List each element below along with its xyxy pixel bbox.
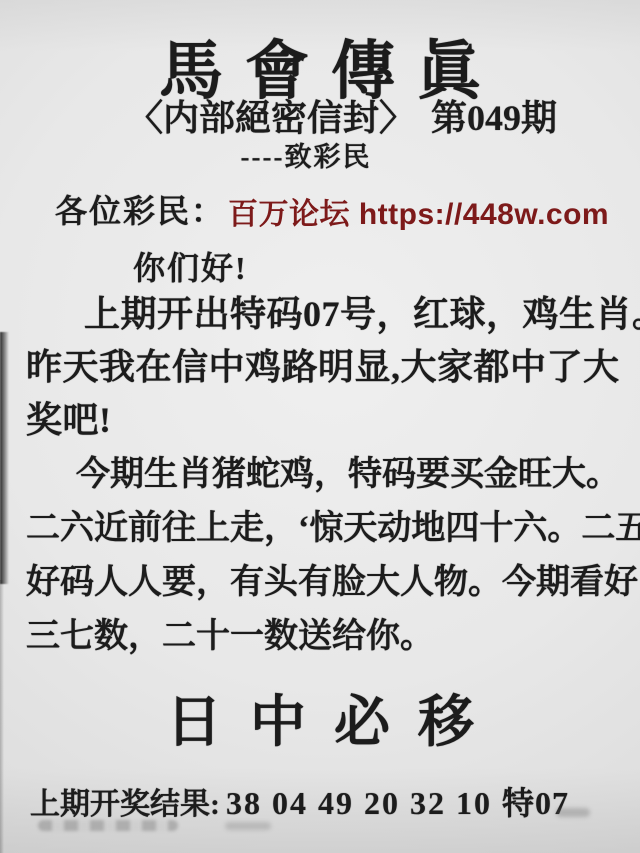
paragraph1-line1: 上期开出特码07号，红球，鸡生肖。 [26,288,626,341]
scanned-letter-page: 馬會傳眞 〈内部絕密信封〉第049期 ----致彩民 各位彩民： 百万论坛 ht… [0,0,640,853]
last-result-numbers: 38 04 49 20 32 10 [220,785,492,821]
last-result-line: 上期开奖结果:38 04 49 20 32 10特07 [30,778,569,824]
slogan-text: 日中必移 [0,678,640,758]
paragraph2-line1: 今期生肖猪蛇鸡，特码要买金旺大。 [26,448,626,502]
paragraph1-line3: 奖吧! [26,394,626,447]
paragraph2-line2: 二六近前往上走，‘惊天动地四十六。二五 [26,502,626,556]
scan-smudge-bottom-right [556,808,590,817]
issue-bracket-text: 〈内部絕密信封〉 [127,98,415,138]
paragraph-last-draw: 上期开出特码07号，红球，鸡生肖。 昨天我在信中鸡路明显,大家都中了大 奖吧! [26,288,626,447]
scan-left-edge-shadow [0,332,9,584]
paragraph2-line3: 好码人人要，有头有脸大人物。今期看好 [26,556,626,610]
last-result-label: 上期开奖结果: [30,788,220,821]
paragraph-this-draw-tips: 今期生肖猪蛇鸡，特码要买金旺大。 二六近前往上走，‘惊天动地四十六。二五 好码人… [26,448,626,664]
scan-left-edge-shadow-lower [0,580,4,853]
paragraph2-line4: 三七数，二十一数送给你。 [26,610,626,664]
salutation: 各位彩民： [55,186,225,232]
dedication-line: ----致彩民 [0,135,626,174]
paragraph1-line2: 昨天我在信中鸡路明显,大家都中了大 [26,341,626,394]
issue-number: 第049期 [431,98,557,138]
forum-watermark-url: 百万论坛 https://448w.com [228,189,609,233]
greeting-hello: 你们好! [133,243,248,289]
scan-smudge-bottom-left [38,820,178,831]
issue-line: 〈内部絕密信封〉第049期 [0,90,640,141]
scan-smudge-bottom-center [225,822,271,830]
